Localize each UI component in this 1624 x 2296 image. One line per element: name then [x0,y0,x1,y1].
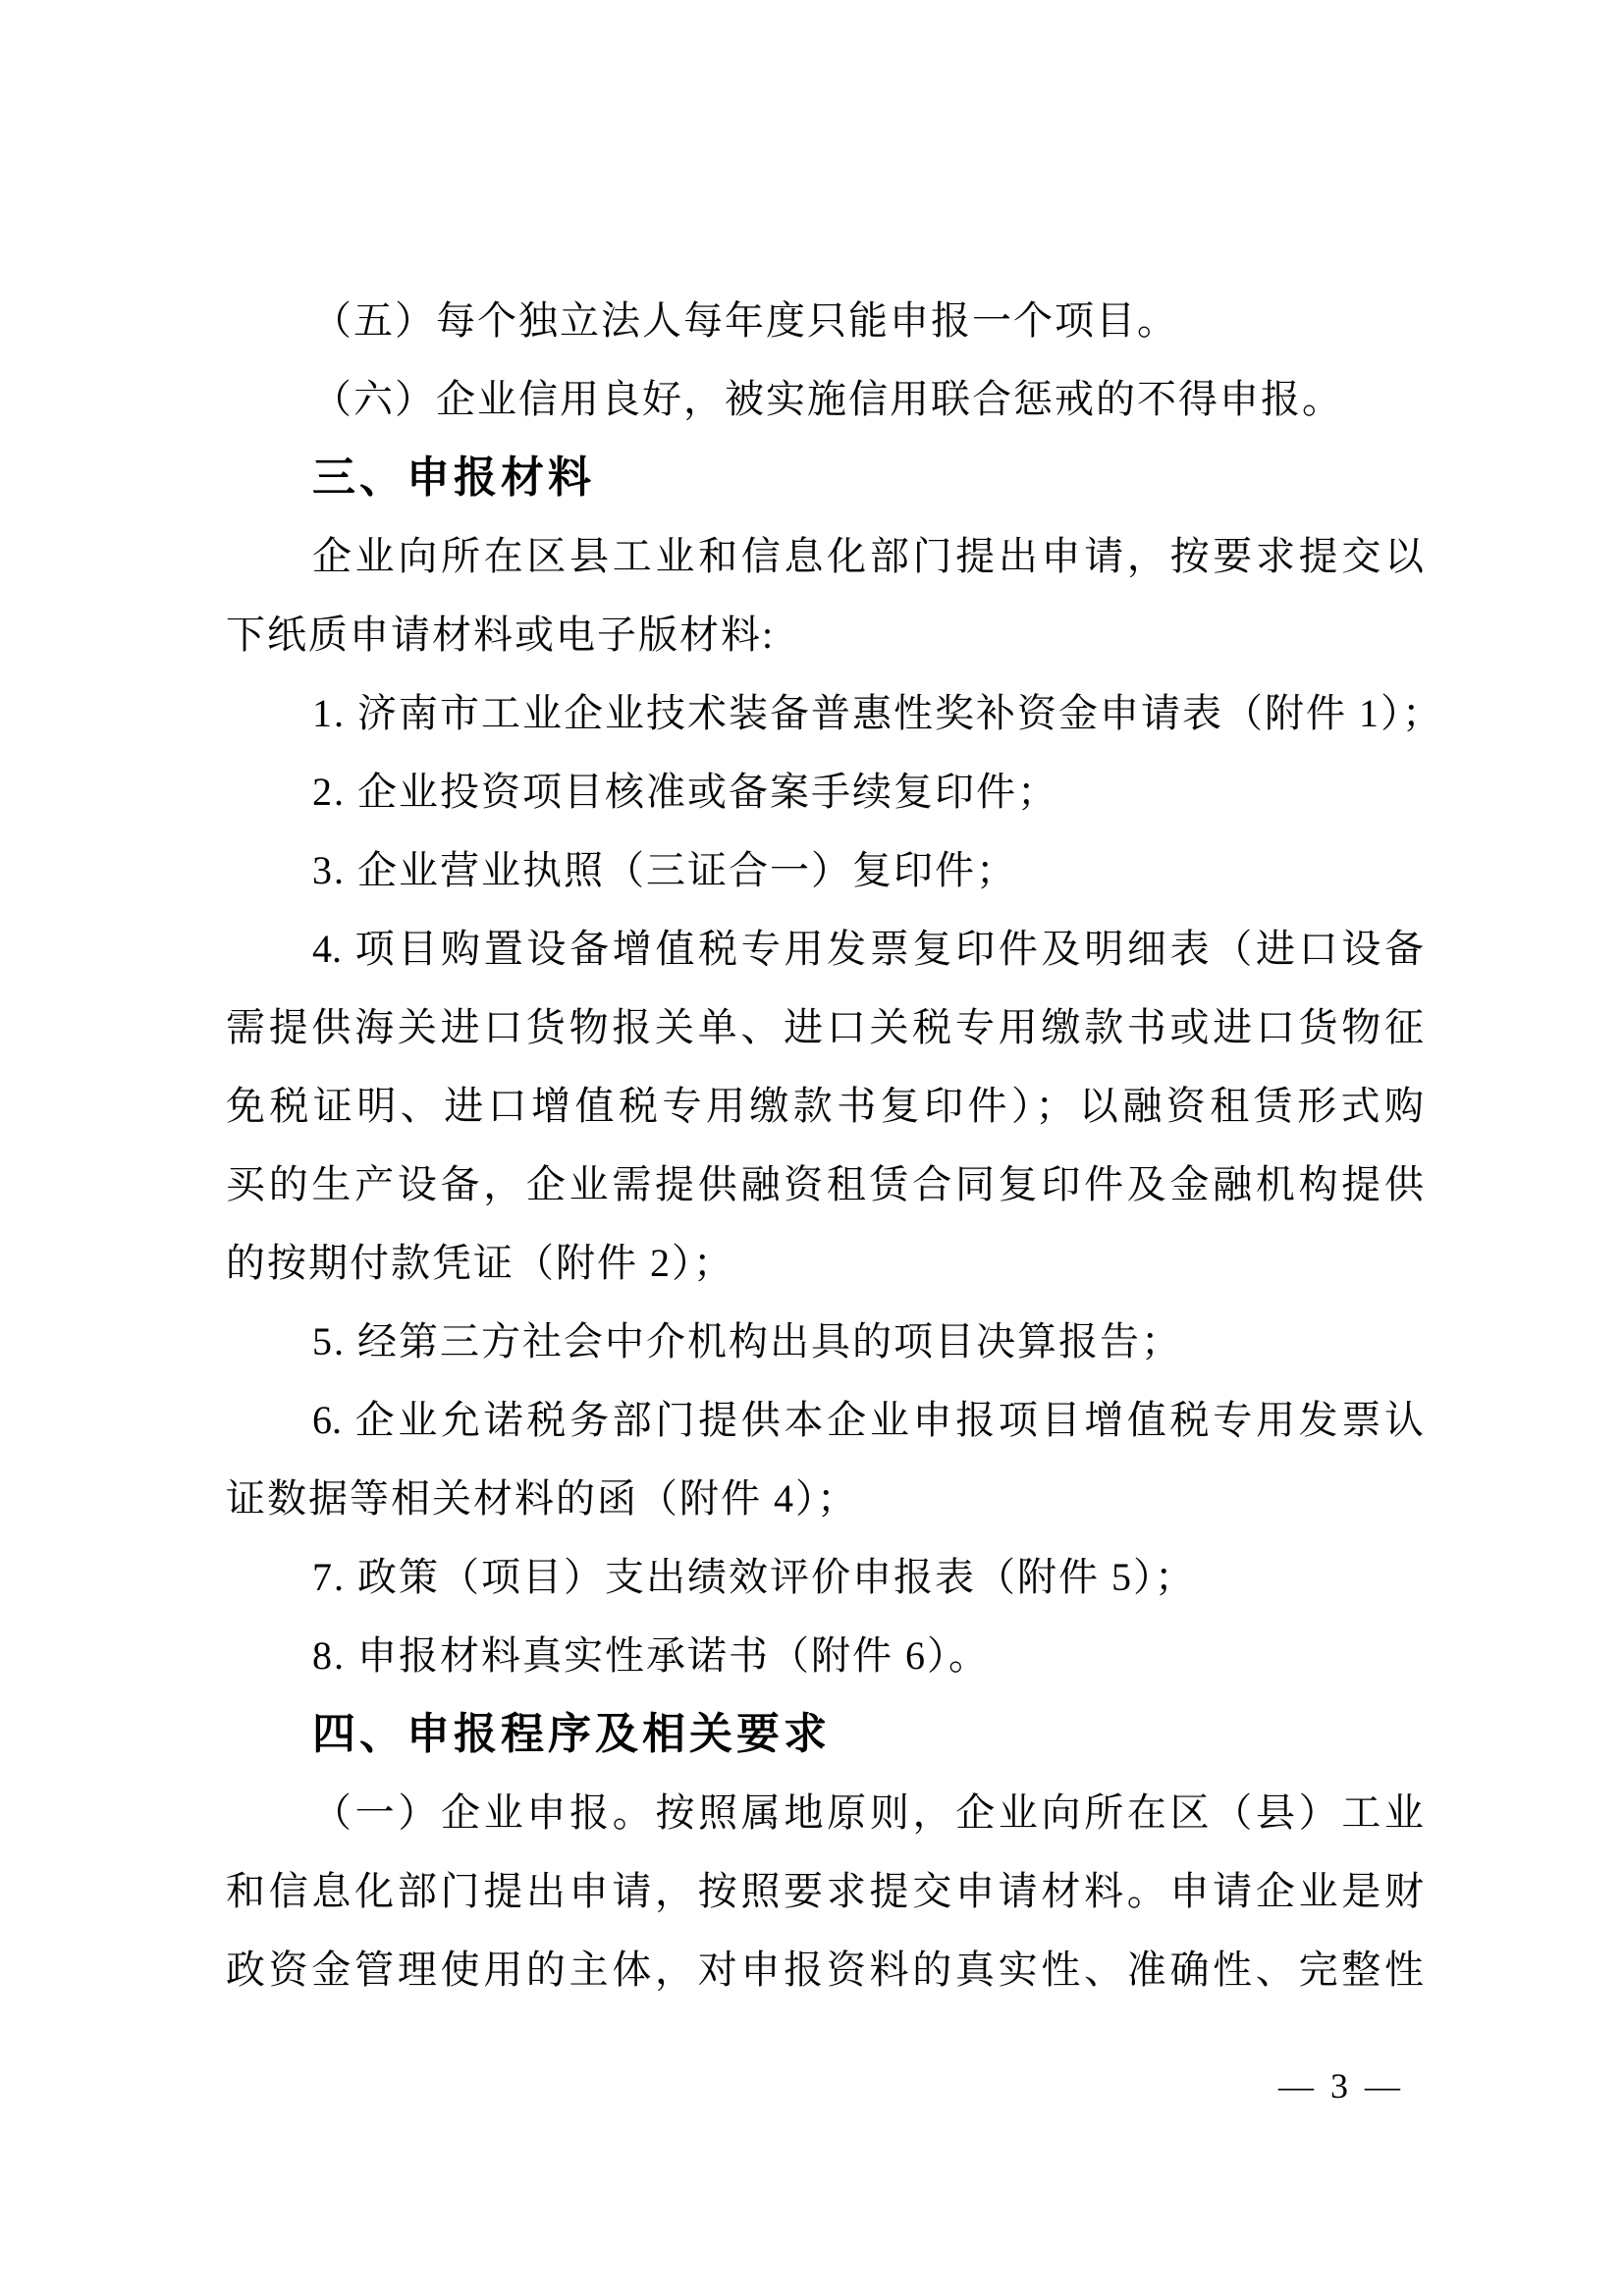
text-line: 免税证明、进口增值税专用缴款书复印件）；以融资租赁形式购 [226,1067,1424,1146]
text-line: 的按期付款凭证（附件 2）； [226,1224,1424,1303]
text-line: 8. 申报材料真实性承诺书（附件 6）。 [226,1617,1424,1695]
document-body: （五）每个独立法人每年度只能申报一个项目。（六）企业信用良好，被实施信用联合惩戒… [226,282,1424,2009]
document-page: （五）每个独立法人每年度只能申报一个项目。（六）企业信用良好，被实施信用联合惩戒… [0,0,1624,2296]
text-line: 6. 企业允诺税务部门提供本企业申报项目增值税专用发票认 [226,1381,1424,1460]
text-line: 7. 政策（项目）支出绩效评价申报表（附件 5）； [226,1538,1424,1617]
text-line: 4. 项目购置设备增值税专用发票复印件及明细表（进口设备 [226,910,1424,988]
text-line: 5. 经第三方社会中介机构出具的项目决算报告； [226,1303,1424,1381]
text-line: （一）企业申报。按照属地原则，企业向所在区（县）工业 [226,1774,1424,1852]
section-heading: 四、申报程序及相关要求 [226,1695,1424,1774]
text-line: 证数据等相关材料的函（附件 4）； [226,1460,1424,1538]
text-line: 1. 济南市工业企业技术装备普惠性奖补资金申请表（附件 1）； [226,674,1424,753]
text-line: （六）企业信用良好，被实施信用联合惩戒的不得申报。 [226,360,1424,439]
text-line: 和信息化部门提出申请，按照要求提交申请材料。申请企业是财 [226,1852,1424,1931]
text-line: 企业向所在区县工业和信息化部门提出申请，按要求提交以 [226,517,1424,596]
section-heading: 三、申报材料 [226,439,1424,517]
text-line: 政资金管理使用的主体，对申报资料的真实性、准确性、完整性 [226,1931,1424,2009]
text-line: 需提供海关进口货物报关单、进口关税专用缴款书或进口货物征 [226,988,1424,1067]
text-line: （五）每个独立法人每年度只能申报一个项目。 [226,282,1424,360]
text-line: 买的生产设备，企业需提供融资租赁合同复印件及金融机构提供 [226,1146,1424,1224]
page-number: — 3 — [1278,2056,1404,2115]
text-line: 2. 企业投资项目核准或备案手续复印件； [226,753,1424,831]
text-line: 3. 企业营业执照（三证合一）复印件； [226,831,1424,910]
text-line: 下纸质申请材料或电子版材料: [226,596,1424,674]
